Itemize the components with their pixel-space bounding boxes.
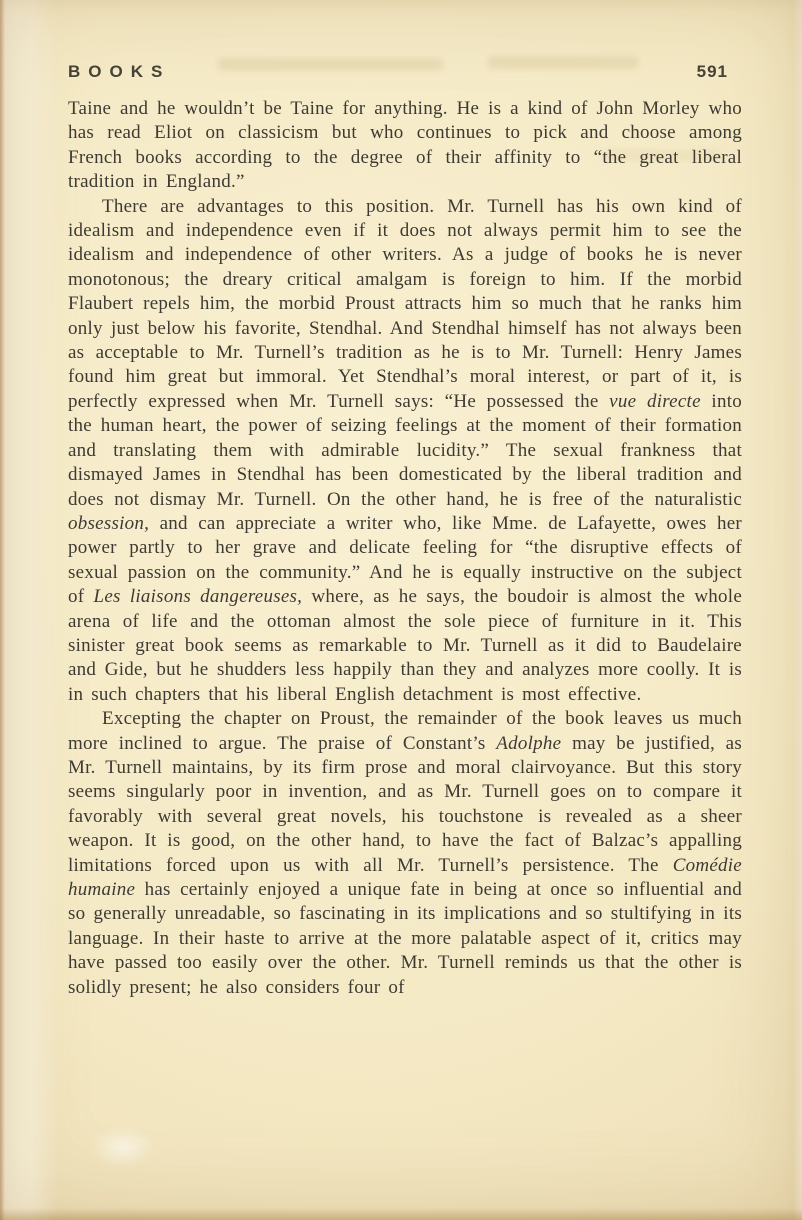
paragraph: Taine and he wouldn’t be Taine for anyth… (68, 97, 742, 195)
running-header: BOOKS 591 (68, 62, 728, 82)
book-page-scan: BOOKS 591 Taine and he wouldn’t be Taine… (0, 0, 802, 1220)
italic-run: vue directe (609, 391, 701, 412)
italic-run: Les liaisons dangereuses, (94, 586, 303, 607)
page-edge-bottom (0, 1208, 802, 1220)
page-edge-right (793, 0, 802, 1220)
text-run: may be justified, as Mr. Turnell maintai… (68, 733, 742, 876)
paragraph: Excepting the chapter on Proust, the rem… (68, 707, 742, 1000)
spine-shadow (0, 0, 5, 1220)
page-number: 591 (697, 62, 728, 82)
body-text: Taine and he wouldn’t be Taine for anyth… (68, 97, 742, 1000)
page-edge-left (0, 0, 58, 1220)
paragraph: There are advantages to this position. M… (68, 195, 742, 708)
italic-run: Adolphe (496, 733, 561, 754)
text-run: has certainly enjoyed a unique fate in b… (68, 879, 742, 998)
text-run: There are advantages to this position. M… (68, 196, 742, 412)
section-header: BOOKS (68, 62, 170, 82)
italic-run: obsession, (68, 513, 149, 534)
text-run: Taine and he wouldn’t be Taine for anyth… (68, 98, 742, 192)
paper-smudge (78, 1118, 168, 1176)
